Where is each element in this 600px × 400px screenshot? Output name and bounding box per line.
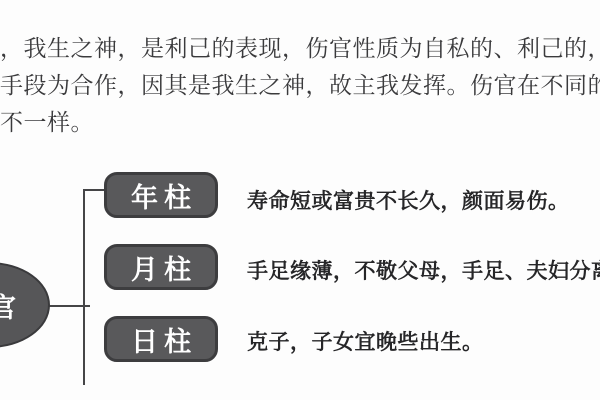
pillars-tree-diagram: 伤官 年柱 寿命短或富贵不长久，颜面易伤。 月柱 手足缘薄，不敬父母，手足、夫妇…: [0, 0, 600, 400]
node-label-day: 日柱: [131, 320, 197, 359]
node-pill-year: 年柱: [104, 172, 218, 218]
root-node-label: 伤官: [0, 286, 19, 325]
node-pill-month: 月柱: [104, 244, 218, 290]
node-description-month: 手足缘薄，不敬父母，手足、夫妇分离，: [247, 255, 600, 285]
root-node-ellipse: 伤官: [0, 262, 50, 348]
trunk-connector-line: [83, 189, 85, 385]
node-description-day: 克子，子女宜晚些出生。: [247, 326, 484, 356]
node-label-year: 年柱: [131, 176, 197, 215]
root-connector-line: [48, 305, 90, 307]
node-label-month: 月柱: [131, 248, 197, 287]
node-description-year: 寿命短或富贵不长久，颜面易伤。: [247, 185, 570, 215]
node-pill-day: 日柱: [104, 316, 218, 362]
